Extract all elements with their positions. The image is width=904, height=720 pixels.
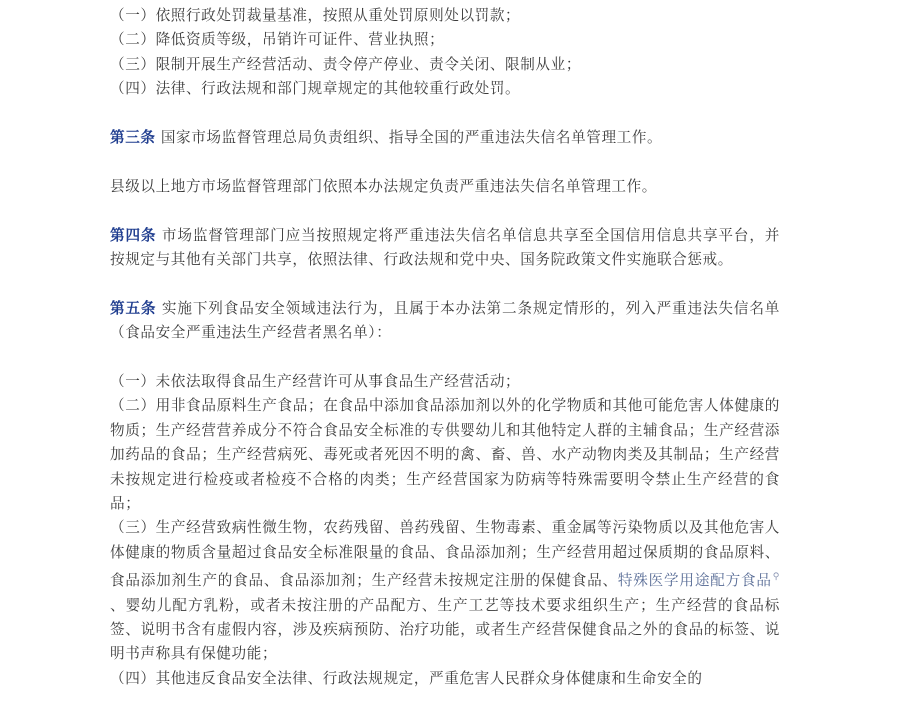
penalty-item-4: （四）法律、行政法规和部门规章规定的其他较重行政处罚。 — [110, 77, 780, 101]
article-4-text: 市场监督管理部门应当按照规定将严重违法失信名单信息共享至全国信用信息共享平台，并… — [110, 227, 780, 268]
article-5-item-3: （三）生产经营致病性微生物，农药残留、兽药残留、生物毒素、重金属等污染物质以及其… — [110, 516, 780, 666]
article-4: 第四条 市场监督管理部门应当按照规定将严重违法失信名单信息共享至全国信用信息共享… — [110, 224, 780, 273]
penalty-item-2: （二）降低资质等级，吊销许可证件、营业执照； — [110, 28, 780, 52]
penalty-item-3: （三）限制开展生产经营活动、责令停产停业、责令关闭、限制从业； — [110, 53, 780, 77]
search-link-special-medical-food[interactable]: 特殊医学用途配方食品 — [618, 572, 772, 589]
article-5: 第五条 实施下列食品安全领域违法行为，且属于本办法第二条规定情形的，列入严重违法… — [110, 297, 780, 346]
article-5-item-1: （一）未依法取得食品生产经营许可从事食品生产经营活动； — [110, 370, 780, 394]
spacer — [110, 102, 780, 126]
article-3-label: 第三条 — [110, 129, 156, 146]
article-5-item-3-text-b: 、婴幼儿配方乳粉，或者未按注册的产品配方、生产工艺等技术要求组织生产；生产经营的… — [110, 597, 780, 663]
article-5-item-2: （二）用非食品原料生产食品；在食品中添加食品添加剂以外的化学物质和其他可能危害人… — [110, 394, 780, 516]
spacer — [110, 346, 780, 370]
search-icon[interactable]: ⚲ — [773, 565, 780, 589]
article-3: 第三条 国家市场监督管理总局负责组织、指导全国的严重违法失信名单管理工作。 — [110, 126, 780, 150]
article-5-item-4: （四）其他违反食品安全法律、行政法规规定，严重危害人民群众身体健康和生命安全的 — [110, 667, 780, 691]
penalty-item-1: （一）依照行政处罚裁量基准，按照从重处罚原则处以罚款； — [110, 4, 780, 28]
article-4-label: 第四条 — [110, 227, 156, 244]
article-3-paragraph-2: 县级以上地方市场监督管理部门依照本办法规定负责严重违法失信名单管理工作。 — [110, 175, 780, 199]
article-3-text: 国家市场监督管理总局负责组织、指导全国的严重违法失信名单管理工作。 — [156, 129, 663, 146]
article-body: （一）依照行政处罚裁量基准，按照从重处罚原则处以罚款； （二）降低资质等级，吊销… — [110, 4, 780, 691]
spacer — [110, 272, 780, 296]
spacer — [110, 150, 780, 174]
article-5-text: 实施下列食品安全领域违法行为，且属于本办法第二条规定情形的，列入严重违法失信名单… — [110, 300, 780, 341]
spacer — [110, 199, 780, 223]
article-5-label: 第五条 — [110, 300, 156, 317]
